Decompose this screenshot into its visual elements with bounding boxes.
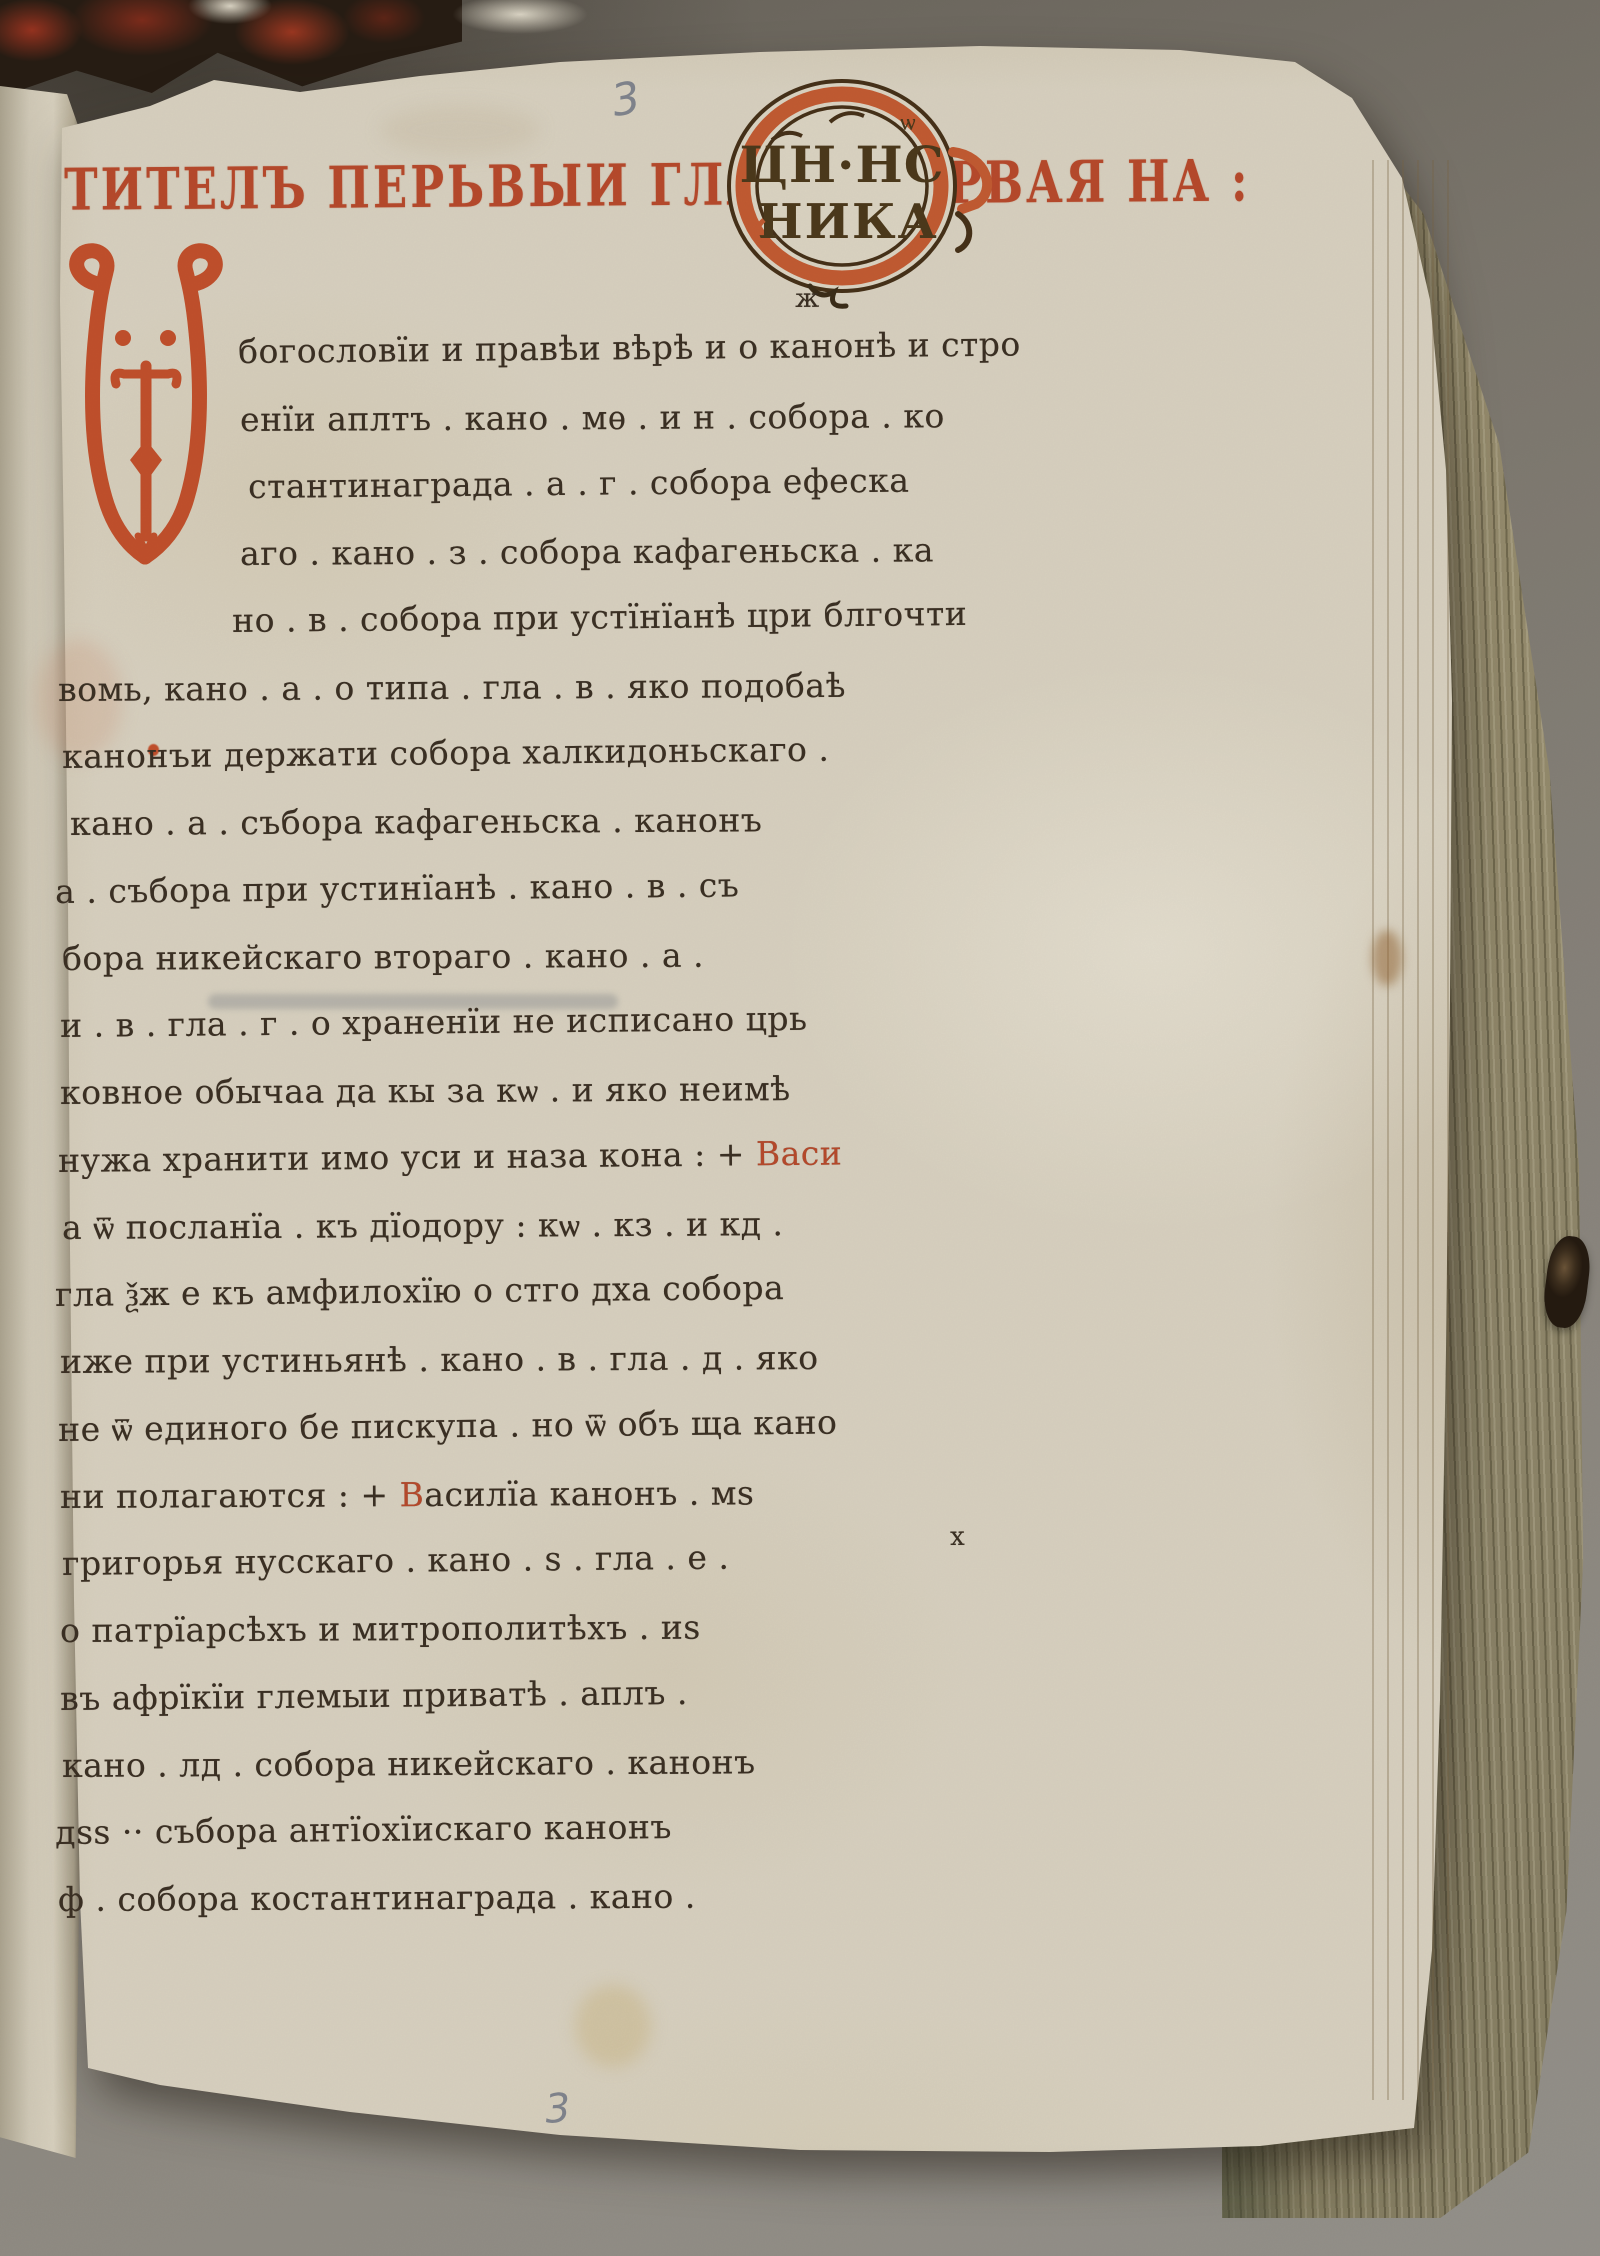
- page-content: 3 ТИТЕЛЪ ПЕРЬВЫИ ГЛАВА ПЕРВАЯ НА : ЦН·НС…: [0, 0, 1600, 2256]
- text-line: дѕѕ ·· събора антїохїискаго канонъ: [55, 1807, 672, 1852]
- ink-text: а ѿ посланїа . къ дїодору : кѡ . кз . и …: [62, 1204, 784, 1247]
- ink-text: енїи аплтъ . кано . мѳ . и н . собора . …: [240, 396, 945, 439]
- ink-text: богословїи и правѣи вѣрѣ и о канонѣ и ст…: [238, 324, 1021, 371]
- text-line: гла ѯж е къ амфилохїю о стго дха собора: [55, 1268, 784, 1315]
- ink-text: кано . лд . собора никейскаго . канонъ: [62, 1742, 756, 1785]
- text-line: бора никейскаго втораго . кано . а .: [62, 936, 704, 978]
- ornamental-medallion: ЦН·НС НИКА ѡ: [712, 70, 1022, 310]
- ink-text: аго . кано . з . собора кафагеньска . ка: [240, 530, 934, 573]
- manuscript-photo: 3 ТИТЕЛЪ ПЕРЬВЫИ ГЛАВА ПЕРВАЯ НА : ЦН·НС…: [0, 0, 1600, 2256]
- text-line: а . събора при устинїанѣ . кано . в . съ: [55, 865, 739, 911]
- ink-text: ж: [795, 284, 820, 314]
- ink-text: и . в . гла . г . о храненїи не исписано…: [60, 999, 808, 1045]
- text-line: иже при устиньянѣ . кано . в . гла . д .…: [60, 1338, 819, 1381]
- ink-text: ковное обычаа да кы за кѡ . и яко неимѣ: [60, 1069, 791, 1112]
- text-line: о патрїарсѣхъ и митрополитѣхъ . иѕ: [60, 1608, 701, 1650]
- text-line: х: [950, 1522, 965, 1552]
- text-line: кано . а . събора кафагеньска . канонъ: [70, 800, 762, 843]
- text-line: и . в . гла . г . о храненїи не исписано…: [60, 999, 808, 1045]
- text-line: нужа хранити имо уси и наза кона : + Вас…: [58, 1133, 842, 1180]
- ink-text: кано . а . събора кафагеньска . канонъ: [70, 800, 762, 843]
- text-line: стантинаграда . а . г . собора ефеска: [248, 461, 910, 506]
- text-line: енїи аплтъ . кано . мѳ . и н . собора . …: [240, 396, 945, 439]
- ink-text: бора никейскаго втораго . кано . а .: [62, 936, 704, 978]
- ink-text: ф . собора костантинаграда . кано .: [58, 1877, 696, 1919]
- text-line: ни полагаются : + Василїа канонъ . мѕ: [60, 1473, 754, 1516]
- text-line: ковное обычаа да кы за кѡ . и яко неимѣ: [60, 1069, 791, 1113]
- text-line: богословїи и правѣи вѣрѣ и о канонѣ и ст…: [238, 324, 1021, 371]
- ink-text: канонъи держати собора халкидоньскаго .: [62, 730, 830, 776]
- initial-letter-omega: [60, 238, 235, 573]
- folio-number-bottom: 3: [543, 2085, 572, 2133]
- ink-text: въ афрїкїи глемыи приватѣ . аплъ .: [60, 1673, 688, 1718]
- ink-text: стантинаграда . а . г . собора ефеска: [248, 461, 910, 506]
- text-line: въ афрїкїи глемыи приватѣ . аплъ .: [60, 1673, 688, 1718]
- text-line: а ѿ посланїа . къ дїодору : кѡ . кз . и …: [62, 1204, 784, 1248]
- medallion-superscript: ѡ: [900, 108, 915, 136]
- ink-text: нужа хранити имо уси и наза кона : +: [58, 1134, 756, 1180]
- folio-number-top: 3: [608, 72, 644, 127]
- text-line: кано . лд . собора никейскаго . канонъ: [62, 1742, 756, 1785]
- rubric-text: Васи: [756, 1133, 843, 1173]
- ink-text: иже при устиньянѣ . кано . в . гла . д .…: [60, 1338, 819, 1381]
- text-line: григорья нусскаго . кано . ѕ . гла . е .: [62, 1538, 730, 1583]
- ink-text: х: [950, 1522, 965, 1552]
- text-line: ж: [795, 284, 820, 314]
- text-line: канонъи держати собора халкидоньскаго .: [62, 730, 830, 776]
- text-line: ф . собора костантинаграда . кано .: [58, 1877, 696, 1919]
- ink-text: дѕѕ ·· събора антїохїискаго канонъ: [55, 1807, 672, 1852]
- text-line: вомь, кано . а . о типа . гла . в . яко …: [58, 666, 846, 709]
- chapter-title-red: ТИТЕЛЪ ПЕРЬВЫИ ГЛАВА ПЕРВАЯ НА :: [64, 147, 1251, 224]
- ink-text: асилїа канонъ . мѕ: [424, 1473, 754, 1514]
- ink-text: о патрїарсѣхъ и митрополитѣхъ . иѕ: [60, 1608, 701, 1650]
- ink-text: ни полагаются : +: [60, 1475, 400, 1516]
- ink-text: не ѿ единого бе пискупа . но ѿ объ ща ка…: [58, 1403, 838, 1449]
- medallion-row2: НИКА: [757, 194, 938, 250]
- text-line: не ѿ единого бе пискупа . но ѿ объ ща ка…: [58, 1403, 838, 1450]
- text-line: но . в . собора при устїнїанѣ цри блгочт…: [232, 594, 967, 640]
- ink-text: гла ѯж е къ амфилохїю о стго дха собора: [55, 1268, 784, 1314]
- ink-text: вомь, кано . а . о типа . гла . в . яко …: [58, 666, 846, 709]
- ink-text: а . събора при устинїанѣ . кано . в . съ: [55, 865, 739, 911]
- medallion-row1: ЦН·НС: [740, 135, 945, 194]
- ink-text: григорья нусскаго . кано . ѕ . гла . е .: [62, 1538, 730, 1583]
- text-line: аго . кано . з . собора кафагеньска . ка: [240, 530, 934, 573]
- ink-text: но . в . собора при устїнїанѣ цри блгочт…: [232, 594, 967, 640]
- rubric-text: В: [399, 1475, 424, 1514]
